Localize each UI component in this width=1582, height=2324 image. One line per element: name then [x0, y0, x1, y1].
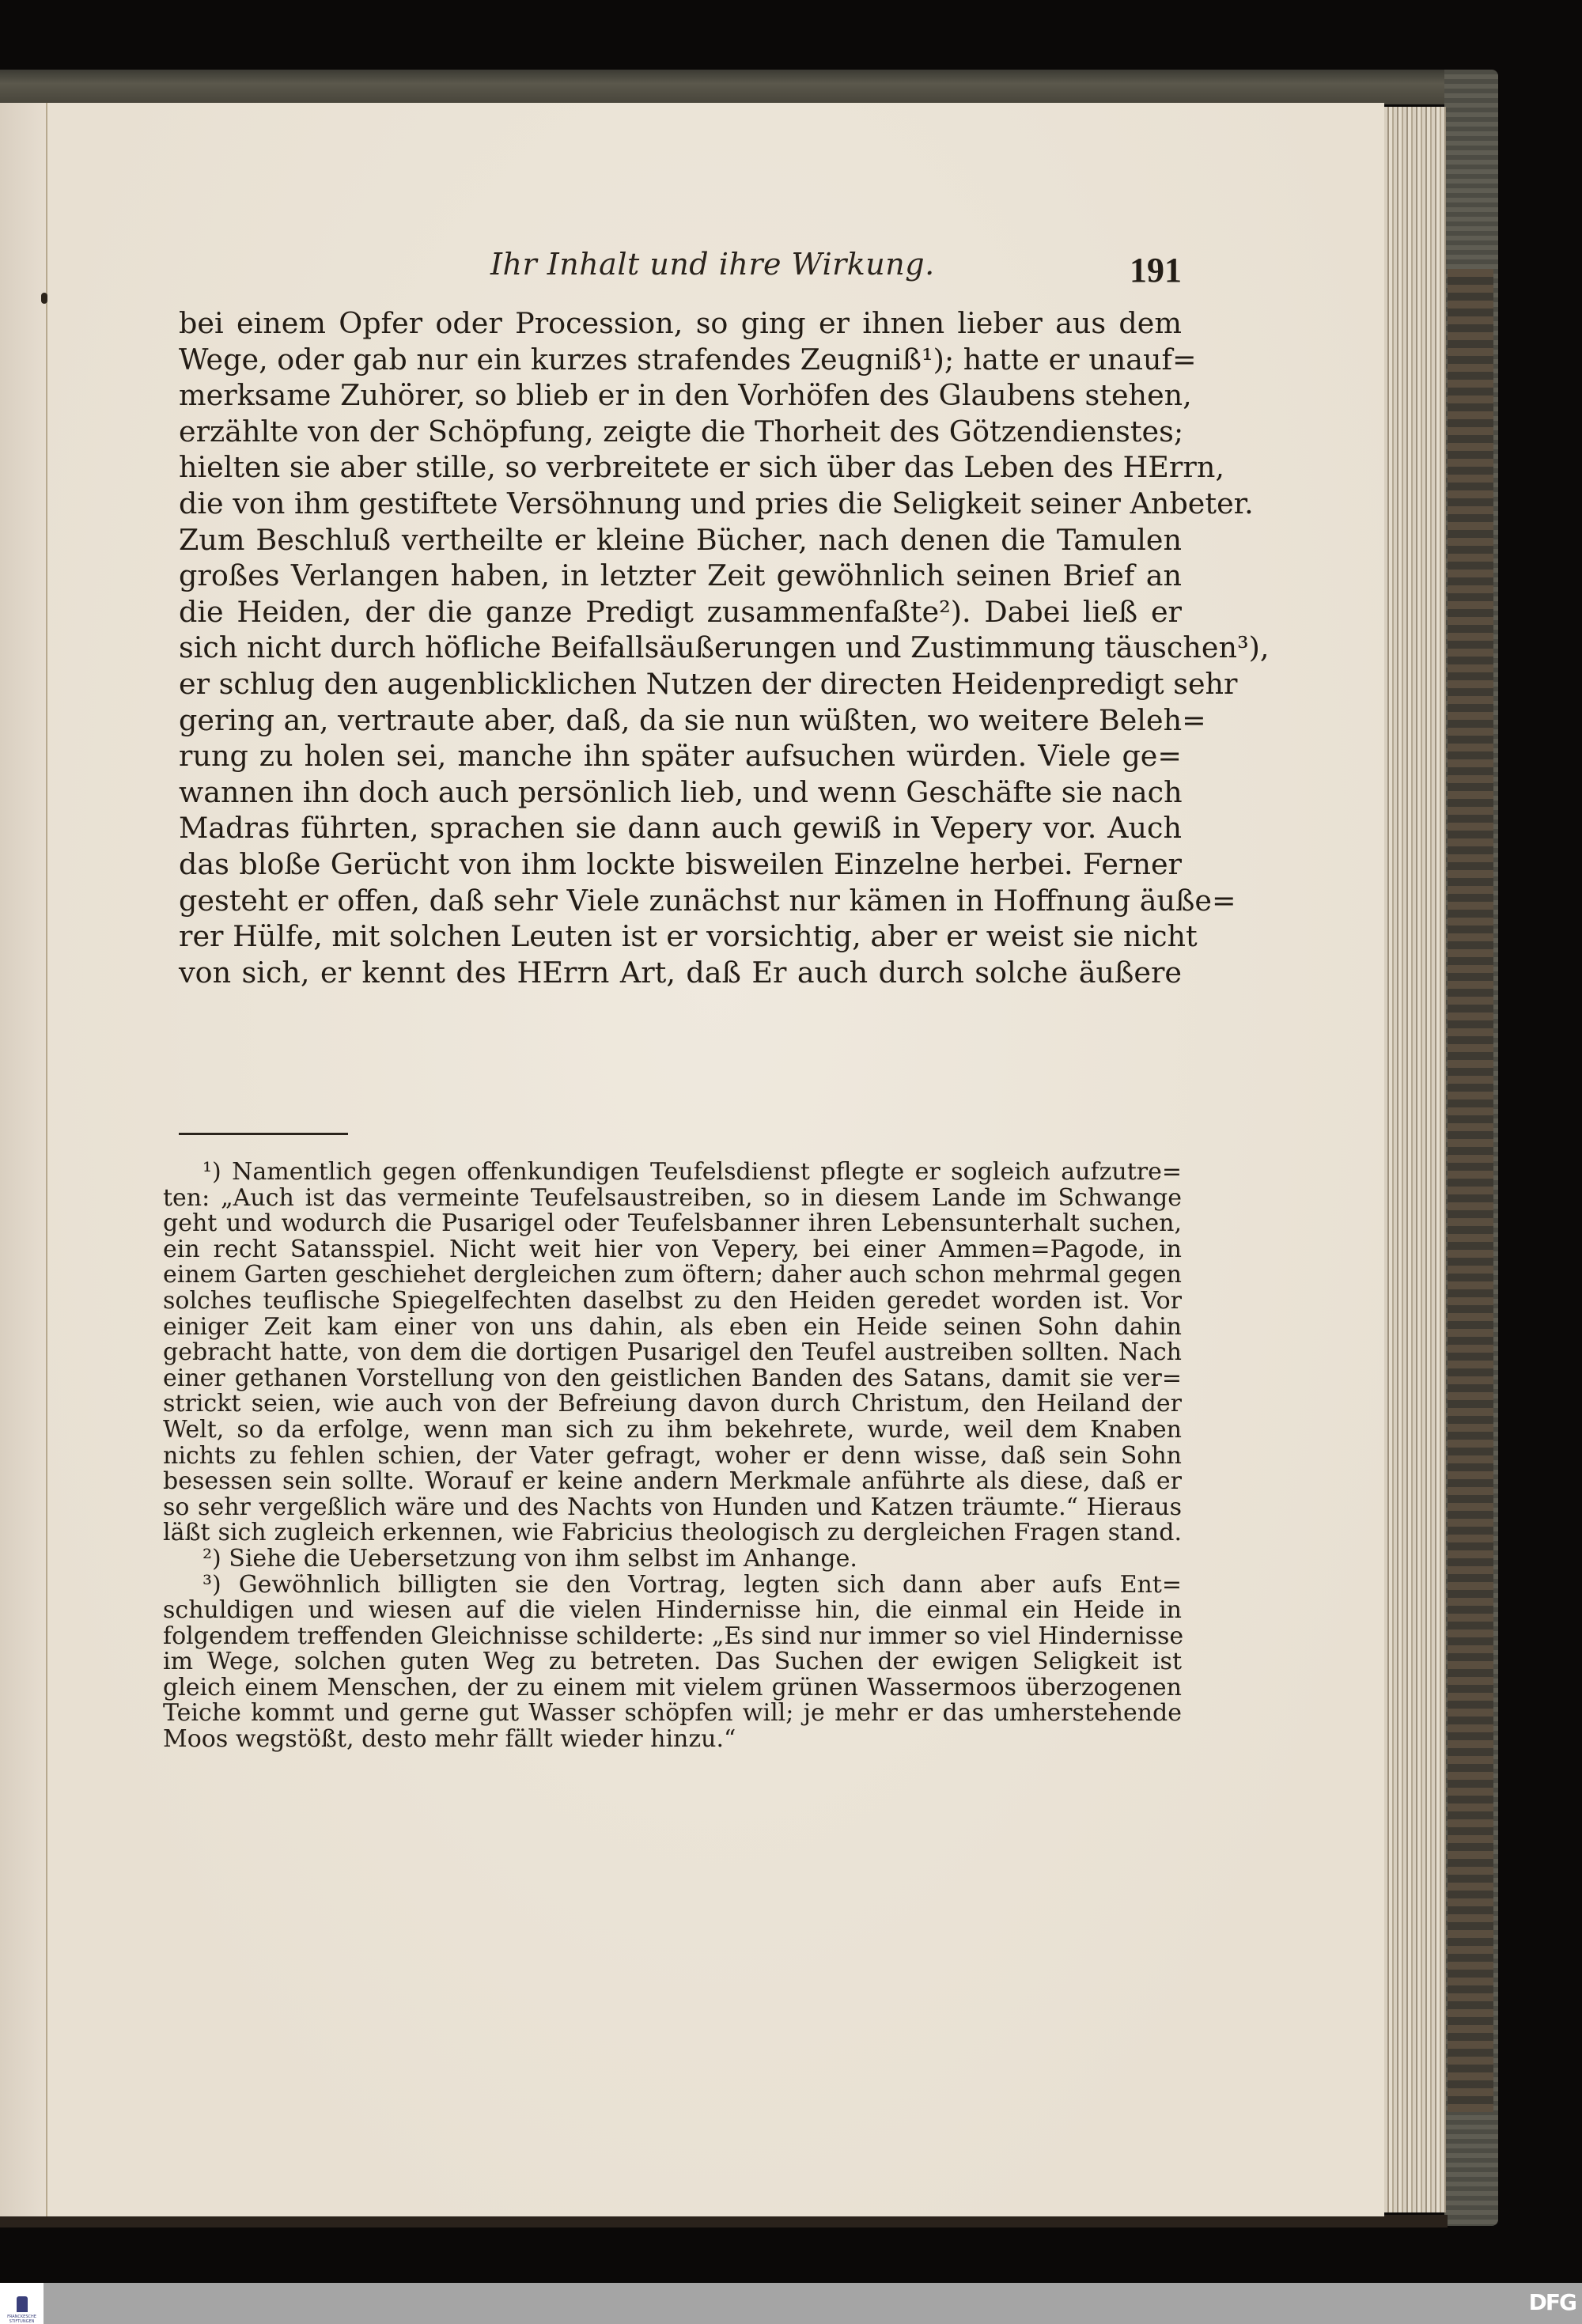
logo-text: FRANCKESCHE STIFTUNGEN: [0, 2315, 44, 2324]
body-line: rung zu holen sei, manche ihn später auf…: [179, 738, 1182, 774]
footnote-3-line: Teiche kommt und gerne gut Wasser schöpf…: [163, 1701, 1182, 1727]
page-number: 191: [1130, 250, 1182, 290]
viewer-bottom-bar: FRANCKESCHE STIFTUNGEN DFG: [0, 2283, 1582, 2324]
body-line: bei einem Opfer oder Procession, so ging…: [179, 305, 1182, 342]
footnote-3-line: Moos wegstößt, desto mehr fällt wieder h…: [163, 1727, 1182, 1753]
dfg-logo[interactable]: DFG: [1529, 2289, 1576, 2315]
footnote-separator: [179, 1133, 348, 1135]
body-line: er schlug den augenblicklichen Nutzen de…: [179, 666, 1182, 702]
footnote-3-line: im Wege, solchen guten Weg zu betreten. …: [163, 1649, 1182, 1675]
footnote-3-line: ³) Gewöhnlich billigten sie den Vortrag,…: [163, 1573, 1182, 1599]
footnote-1-line: nichts zu fehlen schien, der Vater gefra…: [163, 1444, 1182, 1470]
footnote-1-line: geht und wodurch die Pusarigel oder Teuf…: [163, 1211, 1182, 1237]
footnote-1-line: strickt seien, wie auch von der Befreiun…: [163, 1391, 1182, 1417]
footnote-1-line: ten: „Auch ist das vermeinte Teufelsaust…: [163, 1186, 1182, 1212]
previous-page-edge: [0, 103, 47, 2216]
founder-statue-icon: [17, 2296, 28, 2312]
franckesche-stiftungen-logo[interactable]: FRANCKESCHE STIFTUNGEN: [0, 2283, 44, 2324]
body-line: die Heiden, der die ganze Predigt zusamm…: [179, 594, 1182, 630]
body-line: merksame Zuhörer, so blieb er in den Vor…: [179, 377, 1182, 414]
footnote-1-line: einem Garten geschiehet dergleichen zum …: [163, 1262, 1182, 1289]
book-cover-top-edge: [0, 70, 1449, 104]
footnote-1-line: besessen sein sollte. Worauf er keine an…: [163, 1469, 1182, 1495]
footnote-1-line: gebracht hatte, von dem die dortigen Pus…: [163, 1340, 1182, 1366]
footnote-1-line: einiger Zeit kam einer von uns dahin, al…: [163, 1315, 1182, 1341]
footnote-1-line: ein recht Satansspiel. Nicht weit hier v…: [163, 1237, 1182, 1263]
body-line: das bloße Gerücht von ihm lockte bisweil…: [179, 846, 1182, 883]
binding-hole-icon: [41, 293, 47, 304]
footnote-1-line: läßt sich zugleich erkennen, wie Fabrici…: [163, 1520, 1182, 1546]
footnote-1-line: so sehr vergeßlich wäre und des Nachts v…: [163, 1495, 1182, 1521]
footnote-1-line: ¹) Namentlich gegen offenkundigen Teufel…: [163, 1160, 1182, 1186]
body-line: Zum Beschluß vertheilte er kleine Bücher…: [179, 522, 1182, 558]
footnote-1-line: Welt, so da erfolge, wenn man sich zu ih…: [163, 1417, 1182, 1444]
footnote-1-line: solches teuflische Spiegelfechten daselb…: [163, 1289, 1182, 1315]
page-stack-edges: [1384, 107, 1446, 2212]
body-line: von sich, er kennt des HErrn Art, daß Er…: [179, 955, 1182, 991]
body-line: erzählte von der Schöpfung, zeigte die T…: [179, 414, 1182, 450]
footnote-3-line: gleich einem Menschen, der zu einem mit …: [163, 1675, 1182, 1701]
book-spine-marbled: [1448, 269, 1493, 2112]
running-head: Ihr Inhalt und ihre Wirkung.: [490, 247, 935, 282]
body-line: hielten sie aber stille, so verbreitete …: [179, 449, 1182, 486]
body-line: Madras führten, sprachen sie dann auch g…: [179, 810, 1182, 846]
body-text: bei einem Opfer oder Procession, so ging…: [179, 305, 1182, 990]
body-line: großes Verlangen haben, in letzter Zeit …: [179, 558, 1182, 594]
footnote-3-line: folgendem treffenden Gleichnisse schilde…: [163, 1624, 1182, 1650]
body-line: Wege, oder gab nur ein kurzes strafendes…: [179, 342, 1182, 378]
footnote-2-line: ²) Siehe die Uebersetzung von ihm selbst…: [163, 1546, 1182, 1573]
body-line: rer Hülfe, mit solchen Leuten ist er vor…: [179, 918, 1182, 955]
body-line: sich nicht durch höfliche Beifallsäußeru…: [179, 630, 1182, 666]
body-line: die von ihm gestiftete Versöhnung und pr…: [179, 486, 1182, 522]
body-line: wannen ihn doch auch persönlich lieb, un…: [179, 774, 1182, 811]
footnote-1-line: einer gethanen Vorstellung von den geist…: [163, 1366, 1182, 1392]
footnote-3-line: schuldigen und wiesen auf die vielen Hin…: [163, 1598, 1182, 1624]
body-line: gering an, vertraute aber, daß, da sie n…: [179, 702, 1182, 739]
footnotes: ¹) Namentlich gegen offenkundigen Teufel…: [163, 1160, 1182, 1753]
book-cover-bottom-edge: [0, 2215, 1448, 2227]
body-line: gesteht er offen, daß sehr Viele zunächs…: [179, 883, 1182, 919]
